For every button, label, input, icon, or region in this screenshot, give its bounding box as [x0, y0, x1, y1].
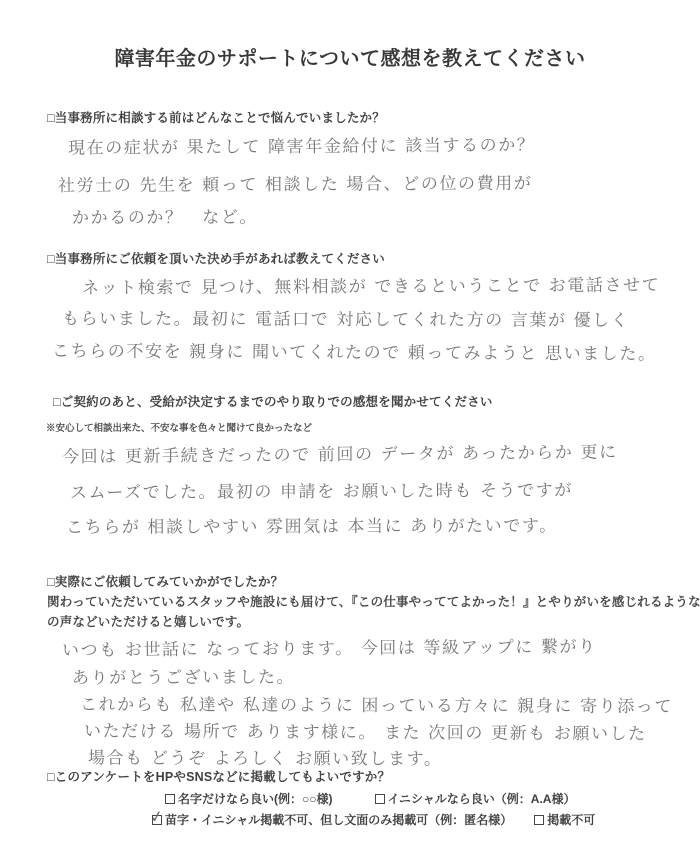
- option-no-publish: 掲載不可: [534, 811, 595, 828]
- question-4-description-line: の声などいただけると嬉しいです。: [47, 612, 249, 630]
- question-2-answer-line: こちらの不安を 親身に 聞いてくれたので 頼ってみようと 思いました。: [52, 336, 657, 364]
- question-4-answer-line: ありがとうございました。: [72, 663, 295, 689]
- question-1-answer-line: かかるのか？ など。: [72, 203, 258, 229]
- question-3-answer-line: 今回は 更新手続きだったので 前回の データが あったからか 更に: [62, 438, 618, 468]
- question-4-answer-line: 場合も どうぞ よろしく お願い致します。: [88, 743, 443, 769]
- option-initials-ok: イニシャルなら良い（例：A.A様）: [375, 790, 576, 807]
- publish-options-row-1: 名字だけなら良い(例：○○様) イニシャルなら良い（例：A.A様）: [165, 790, 575, 807]
- question-1-answer-line: 社労士の 先生を 頼って 相談した 場合、どの位の費用が: [58, 169, 533, 196]
- option-anonymous-text-only: ✓ 苗字・イニシャル掲載不可、但し文面のみ掲載可（例：匿名様）: [152, 811, 512, 828]
- survey-scan-page: 障害年金のサポートについて感想を教えてください □当事務所に相談する前はどんなこ…: [0, 0, 700, 848]
- page-title: 障害年金のサポートについて感想を教えてください: [0, 42, 700, 71]
- option-label: 苗字・イニシャル掲載不可、但し文面のみ掲載可（例：匿名様）: [165, 811, 512, 828]
- publish-options-row-2: ✓ 苗字・イニシャル掲載不可、但し文面のみ掲載可（例：匿名様） 掲載不可: [152, 811, 595, 828]
- question-3-answer-line: こちらが 相談しやすい 雰囲気は 本当に ありがたいです。: [66, 511, 558, 538]
- question-4-answer-line: いつも お世話に なっております。 今回は 等級アップに 繋がり: [62, 632, 597, 661]
- question-3-note: ※安心して相談出来た、不安な事を色々と聞けて良かったなど: [46, 420, 312, 434]
- check-mark-icon: ✓: [148, 805, 165, 826]
- question-3-answer-line: スムーズでした。最初の 申請を お願いした時も そうですが: [70, 476, 573, 504]
- question-2-label: □当事務所にご依頼を頂いた決め手があれば教えてください: [47, 249, 385, 267]
- question-3-label: □ご契約のあと、受給が決定するまでのやり取りでの感想を聞かせてください: [53, 392, 493, 410]
- question-4-answer-line: これからも 私達や 私達のように 困っている方々に 親身に 寄り添って: [80, 690, 673, 717]
- question-2-answer-line: もらいました。最初に 電話口で 対応してくれた方の 言葉が 優しく: [62, 304, 630, 331]
- option-label: イニシャルなら良い（例：A.A様）: [388, 790, 576, 807]
- checkbox-icon: [375, 794, 385, 804]
- question-1-label: □当事務所に相談する前はどんなことで悩んでいましたか？: [47, 108, 385, 126]
- question-1-answer-line: 現在の症状が 果たして 障害年金給付に 該当するのか？: [68, 130, 536, 158]
- question-5-label: □このアンケートをHPやSNSなどに掲載してもよいですか？: [47, 767, 390, 785]
- option-label: 掲載不可: [547, 811, 595, 828]
- checkbox-icon: [534, 815, 544, 825]
- question-2-answer-line: ネット検索で 見つけ、無料相談が できるということで お電話させて: [82, 270, 660, 298]
- checkbox-icon: [165, 794, 175, 804]
- option-label: 名字だけなら良い(例：○○様): [178, 790, 333, 807]
- question-4-label: □実際にご依頼してみていかがでしたか？: [47, 572, 283, 590]
- option-last-name-ok: 名字だけなら良い(例：○○様): [165, 790, 333, 807]
- checkbox-checked-icon: ✓: [152, 815, 162, 825]
- question-4-answer-line: いただける 場所で あります様に。 また 次回の 更新も お願いした: [84, 717, 647, 745]
- question-4-description-line: 関わっていただいているスタッフや施設にも届けて、『この仕事やっててよかった！』と…: [47, 592, 700, 610]
